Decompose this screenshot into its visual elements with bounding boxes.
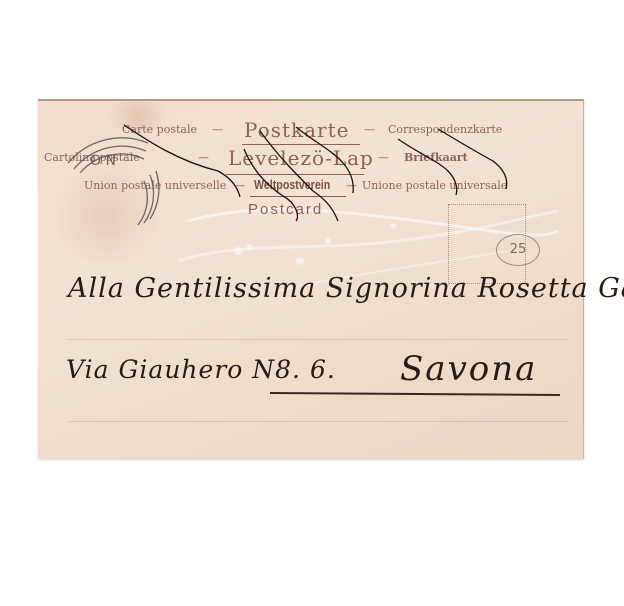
address-line-recipient: Alla Gentilissima Signorina Rosetta Gall… <box>68 273 624 304</box>
address-guide-line <box>68 421 568 422</box>
address-guide-line <box>68 339 568 340</box>
address-city: Savona <box>400 349 537 389</box>
address-line-street: Via Giauhero N8. 6. <box>66 355 336 384</box>
postcard: Carte postale — Postkarte — Corresponden… <box>38 99 584 459</box>
